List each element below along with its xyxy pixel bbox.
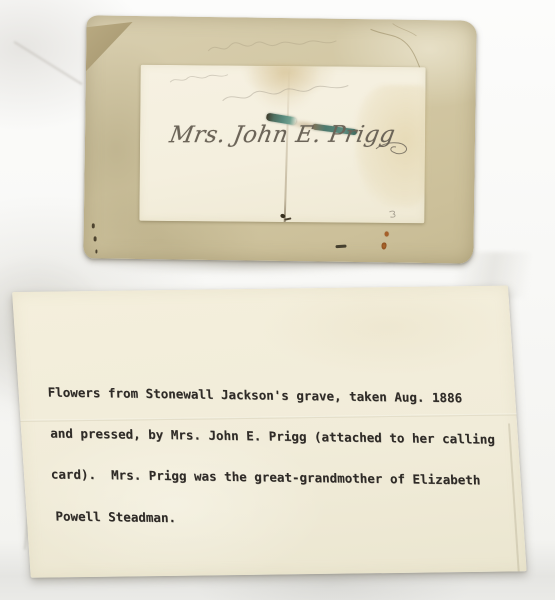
faint-pencil-marks — [204, 31, 354, 65]
ink-speck — [94, 236, 97, 241]
envelope: Flowers from Stonewall Jackson's grave, … — [12, 286, 527, 578]
pencil-corner-mark — [387, 209, 399, 220]
crease-stain — [284, 217, 291, 220]
ink-speck — [95, 249, 97, 253]
envelope-flap-edge — [508, 423, 520, 571]
ink-dash — [335, 244, 346, 248]
mount-corner-chip — [86, 21, 133, 72]
calling-card: Mrs. John E. Prigg — [139, 65, 425, 223]
typed-provenance-note: Flowers from Stonewall Jackson's grave, … — [46, 358, 499, 557]
script-flourish — [374, 139, 412, 159]
mount-cast-shadow — [88, 260, 398, 274]
rust-spot — [381, 242, 386, 249]
backdrop-wrinkle — [14, 41, 83, 85]
faint-pencil-inscription — [152, 67, 368, 119]
photo-backdrop: Mrs. John E. Prigg Flowers from Stonewal… — [0, 0, 555, 600]
typed-line: Flowers from Stonewall Jackson's grave, … — [47, 385, 493, 405]
ink-speck — [92, 223, 95, 228]
typed-line: card). Mrs. Prigg was the great-grandmot… — [51, 468, 497, 488]
card-name-script: Mrs. John E. Prigg — [168, 122, 403, 148]
rust-spot — [385, 231, 389, 236]
typed-line: and pressed, by Mrs. John E. Prigg (atta… — [50, 427, 495, 447]
typed-line: Powell Steadman. — [55, 509, 498, 529]
